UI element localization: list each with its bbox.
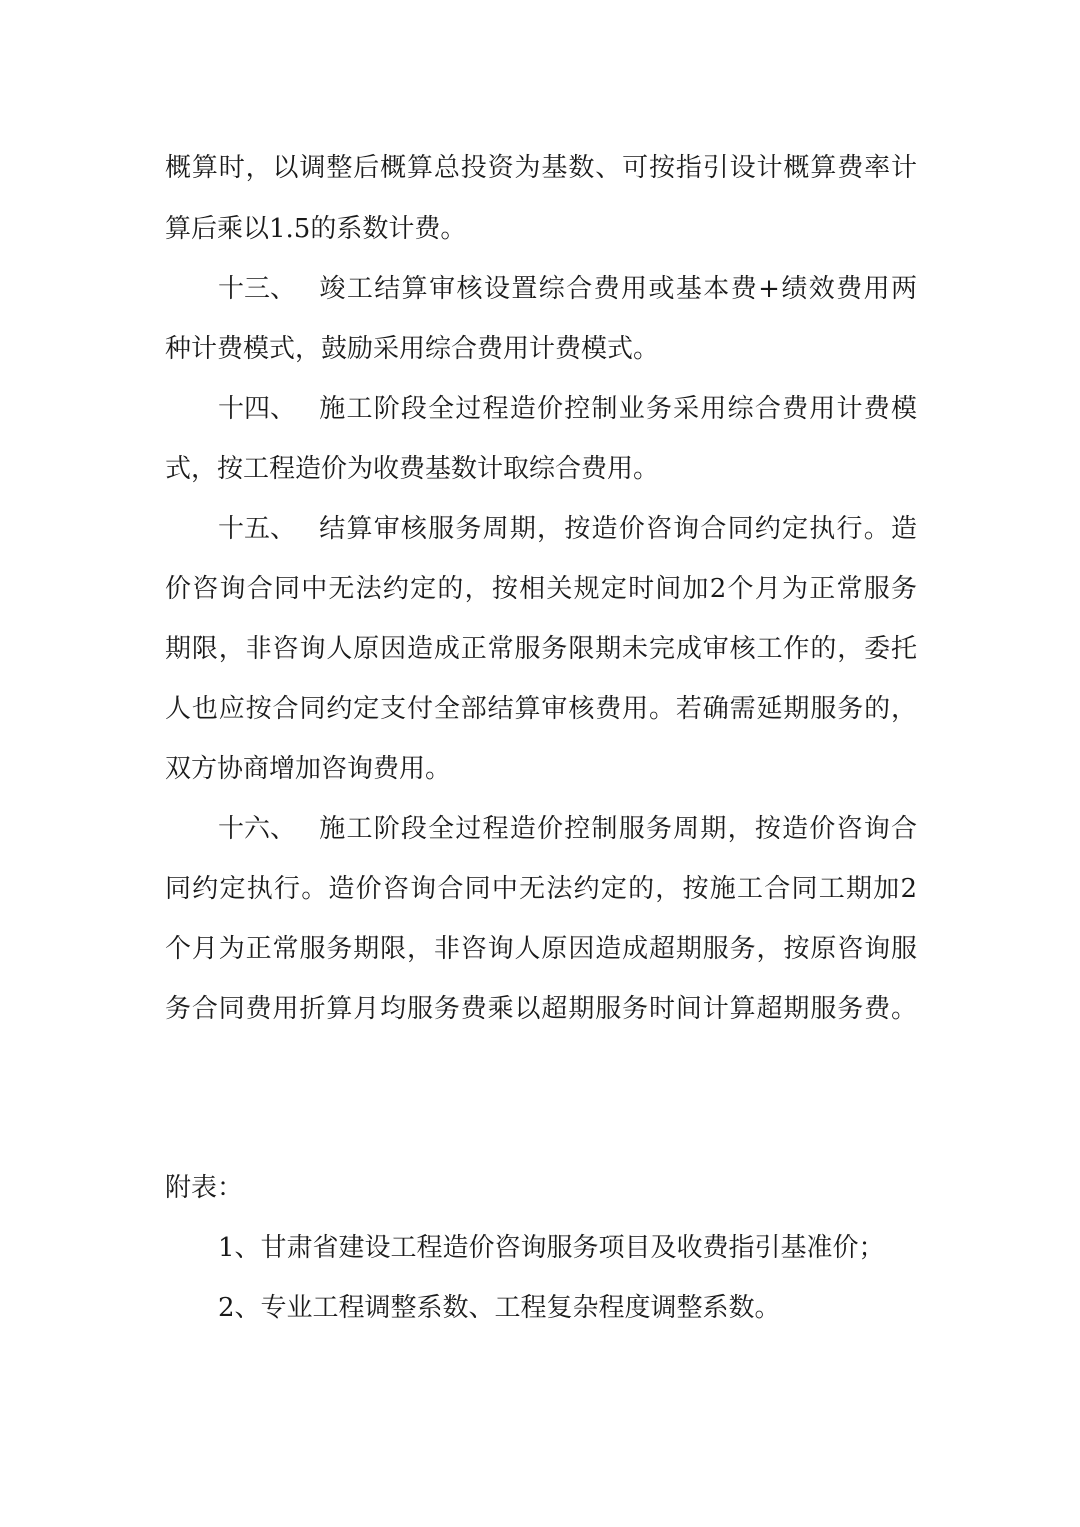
clause-15-line: 价咨询合同中无法约定的，按相关规定时间加2个月为正常服务 (165, 569, 917, 609)
clause-16-line: 个月为正常服务期限，非咨询人原因造成超期服务，按原咨询服 (165, 929, 917, 969)
clause-14-first-line: 十四、施工阶段全过程造价控制业务采用综合费用计费模 (218, 389, 917, 429)
clause-number: 十六、 (218, 809, 296, 849)
clause-number: 十三、 (218, 269, 296, 309)
paragraph-line: 概算时，以调整后概算总投资为基数、可按指引设计概算费率计 (165, 148, 917, 188)
appendix-heading: 附表： (165, 1168, 917, 1208)
clause-13-line: 种计费模式，鼓励采用综合费用计费模式。 (165, 329, 917, 369)
clause-15-line: 双方协商增加咨询费用。 (165, 749, 917, 789)
clause-number: 十四、 (218, 389, 296, 429)
clause-text: 施工阶段全过程造价控制业务采用综合费用计费模 (318, 394, 917, 424)
appendix-item: 1、甘肃省建设工程造价咨询服务项目及收费指引基准价； (218, 1228, 917, 1268)
clause-15-line: 人也应按合同约定支付全部结算审核费用。若确需延期服务的， (165, 689, 917, 729)
clause-16-line: 同约定执行。造价咨询合同中无法约定的，按施工合同工期加2 (165, 869, 917, 909)
clause-16-line: 务合同费用折算月均服务费乘以超期服务时间计算超期服务费。 (165, 989, 917, 1029)
appendix-item: 2、专业工程调整系数、工程复杂程度调整系数。 (218, 1288, 917, 1328)
clause-number: 十五、 (218, 509, 296, 549)
clause-16-first-line: 十六、施工阶段全过程造价控制服务周期，按造价咨询合 (218, 809, 917, 849)
clause-15-line: 期限，非咨询人原因造成正常服务限期未完成审核工作的，委托 (165, 629, 917, 669)
document-page: 概算时，以调整后概算总投资为基数、可按指引设计概算费率计 算后乘以1.5的系数计… (0, 0, 1080, 1527)
paragraph-line: 算后乘以1.5的系数计费。 (165, 209, 917, 249)
clause-15-first-line: 十五、结算审核服务周期，按造价咨询合同约定执行。造 (218, 509, 917, 549)
clause-text: 结算审核服务周期，按造价咨询合同约定执行。造 (318, 514, 917, 544)
clause-text: 竣工结算审核设置综合费用或基本费+绩效费用两 (318, 274, 917, 304)
clause-text: 施工阶段全过程造价控制服务周期，按造价咨询合 (318, 814, 917, 844)
clause-13-first-line: 十三、竣工结算审核设置综合费用或基本费+绩效费用两 (218, 269, 917, 309)
clause-14-line: 式，按工程造价为收费基数计取综合费用。 (165, 449, 917, 489)
